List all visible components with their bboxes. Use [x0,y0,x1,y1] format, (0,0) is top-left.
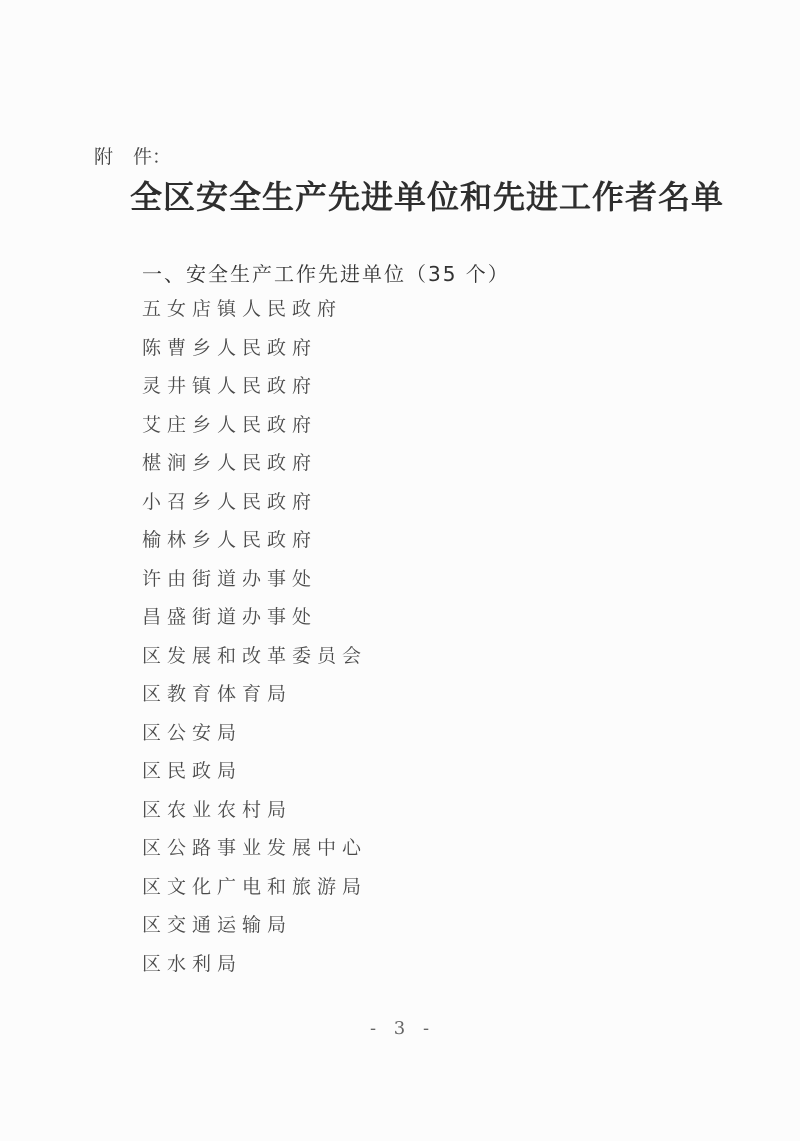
list-item: 陈曹乡人民政府 [142,335,367,374]
attachment-label: 附件： [94,142,171,169]
advanced-units-list: 五女店镇人民政府 陈曹乡人民政府 灵井镇人民政府 艾庄乡人民政府 椹涧乡人民政府… [142,296,367,989]
document-page: 附件： 全区安全生产先进单位和先进工作者名单 一、安全生产工作先进单位（35 个… [0,0,800,1141]
list-item: 区公路事业发展中心 [142,835,367,874]
list-item: 榆林乡人民政府 [142,527,367,566]
attachment-label-part1: 附 [94,146,113,168]
list-item: 艾庄乡人民政府 [142,412,367,451]
list-item: 区发展和改革委员会 [142,643,367,682]
list-item: 许由街道办事处 [142,566,367,605]
list-item: 区交通运输局 [142,912,367,951]
list-item: 区水利局 [142,951,367,990]
list-item: 椹涧乡人民政府 [142,450,367,489]
list-item: 区农业农村局 [142,797,367,836]
list-item: 区民政局 [142,758,367,797]
list-item: 区教育体育局 [142,681,367,720]
attachment-label-part2: 件： [133,146,171,168]
list-item: 五女店镇人民政府 [142,296,367,335]
list-item: 小召乡人民政府 [142,489,367,528]
list-item: 区公安局 [142,720,367,759]
document-title: 全区安全生产先进单位和先进工作者名单 [130,172,724,218]
list-item: 灵井镇人民政府 [142,373,367,412]
section-heading: 一、安全生产工作先进单位（35 个） [142,258,510,287]
list-item: 区文化广电和旅游局 [142,874,367,913]
list-item: 昌盛街道办事处 [142,604,367,643]
page-number: - 3 - [370,1018,435,1039]
